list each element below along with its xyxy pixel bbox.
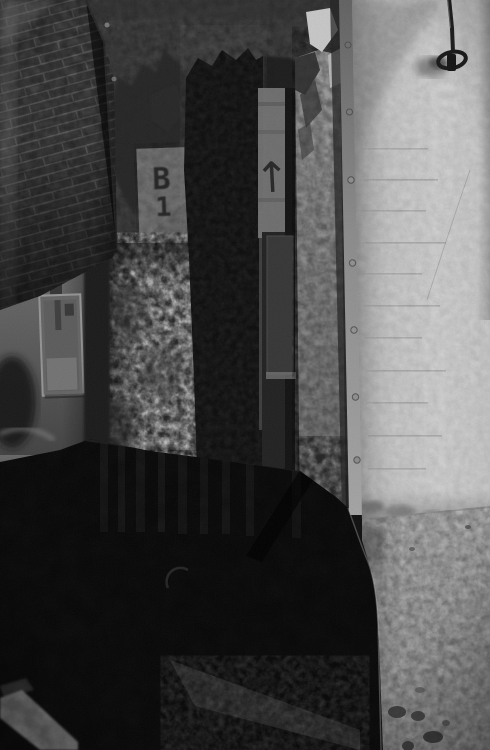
photograph: B 1 <box>0 0 490 750</box>
photo-canvas: B 1 <box>0 0 490 750</box>
vignette <box>0 0 490 750</box>
